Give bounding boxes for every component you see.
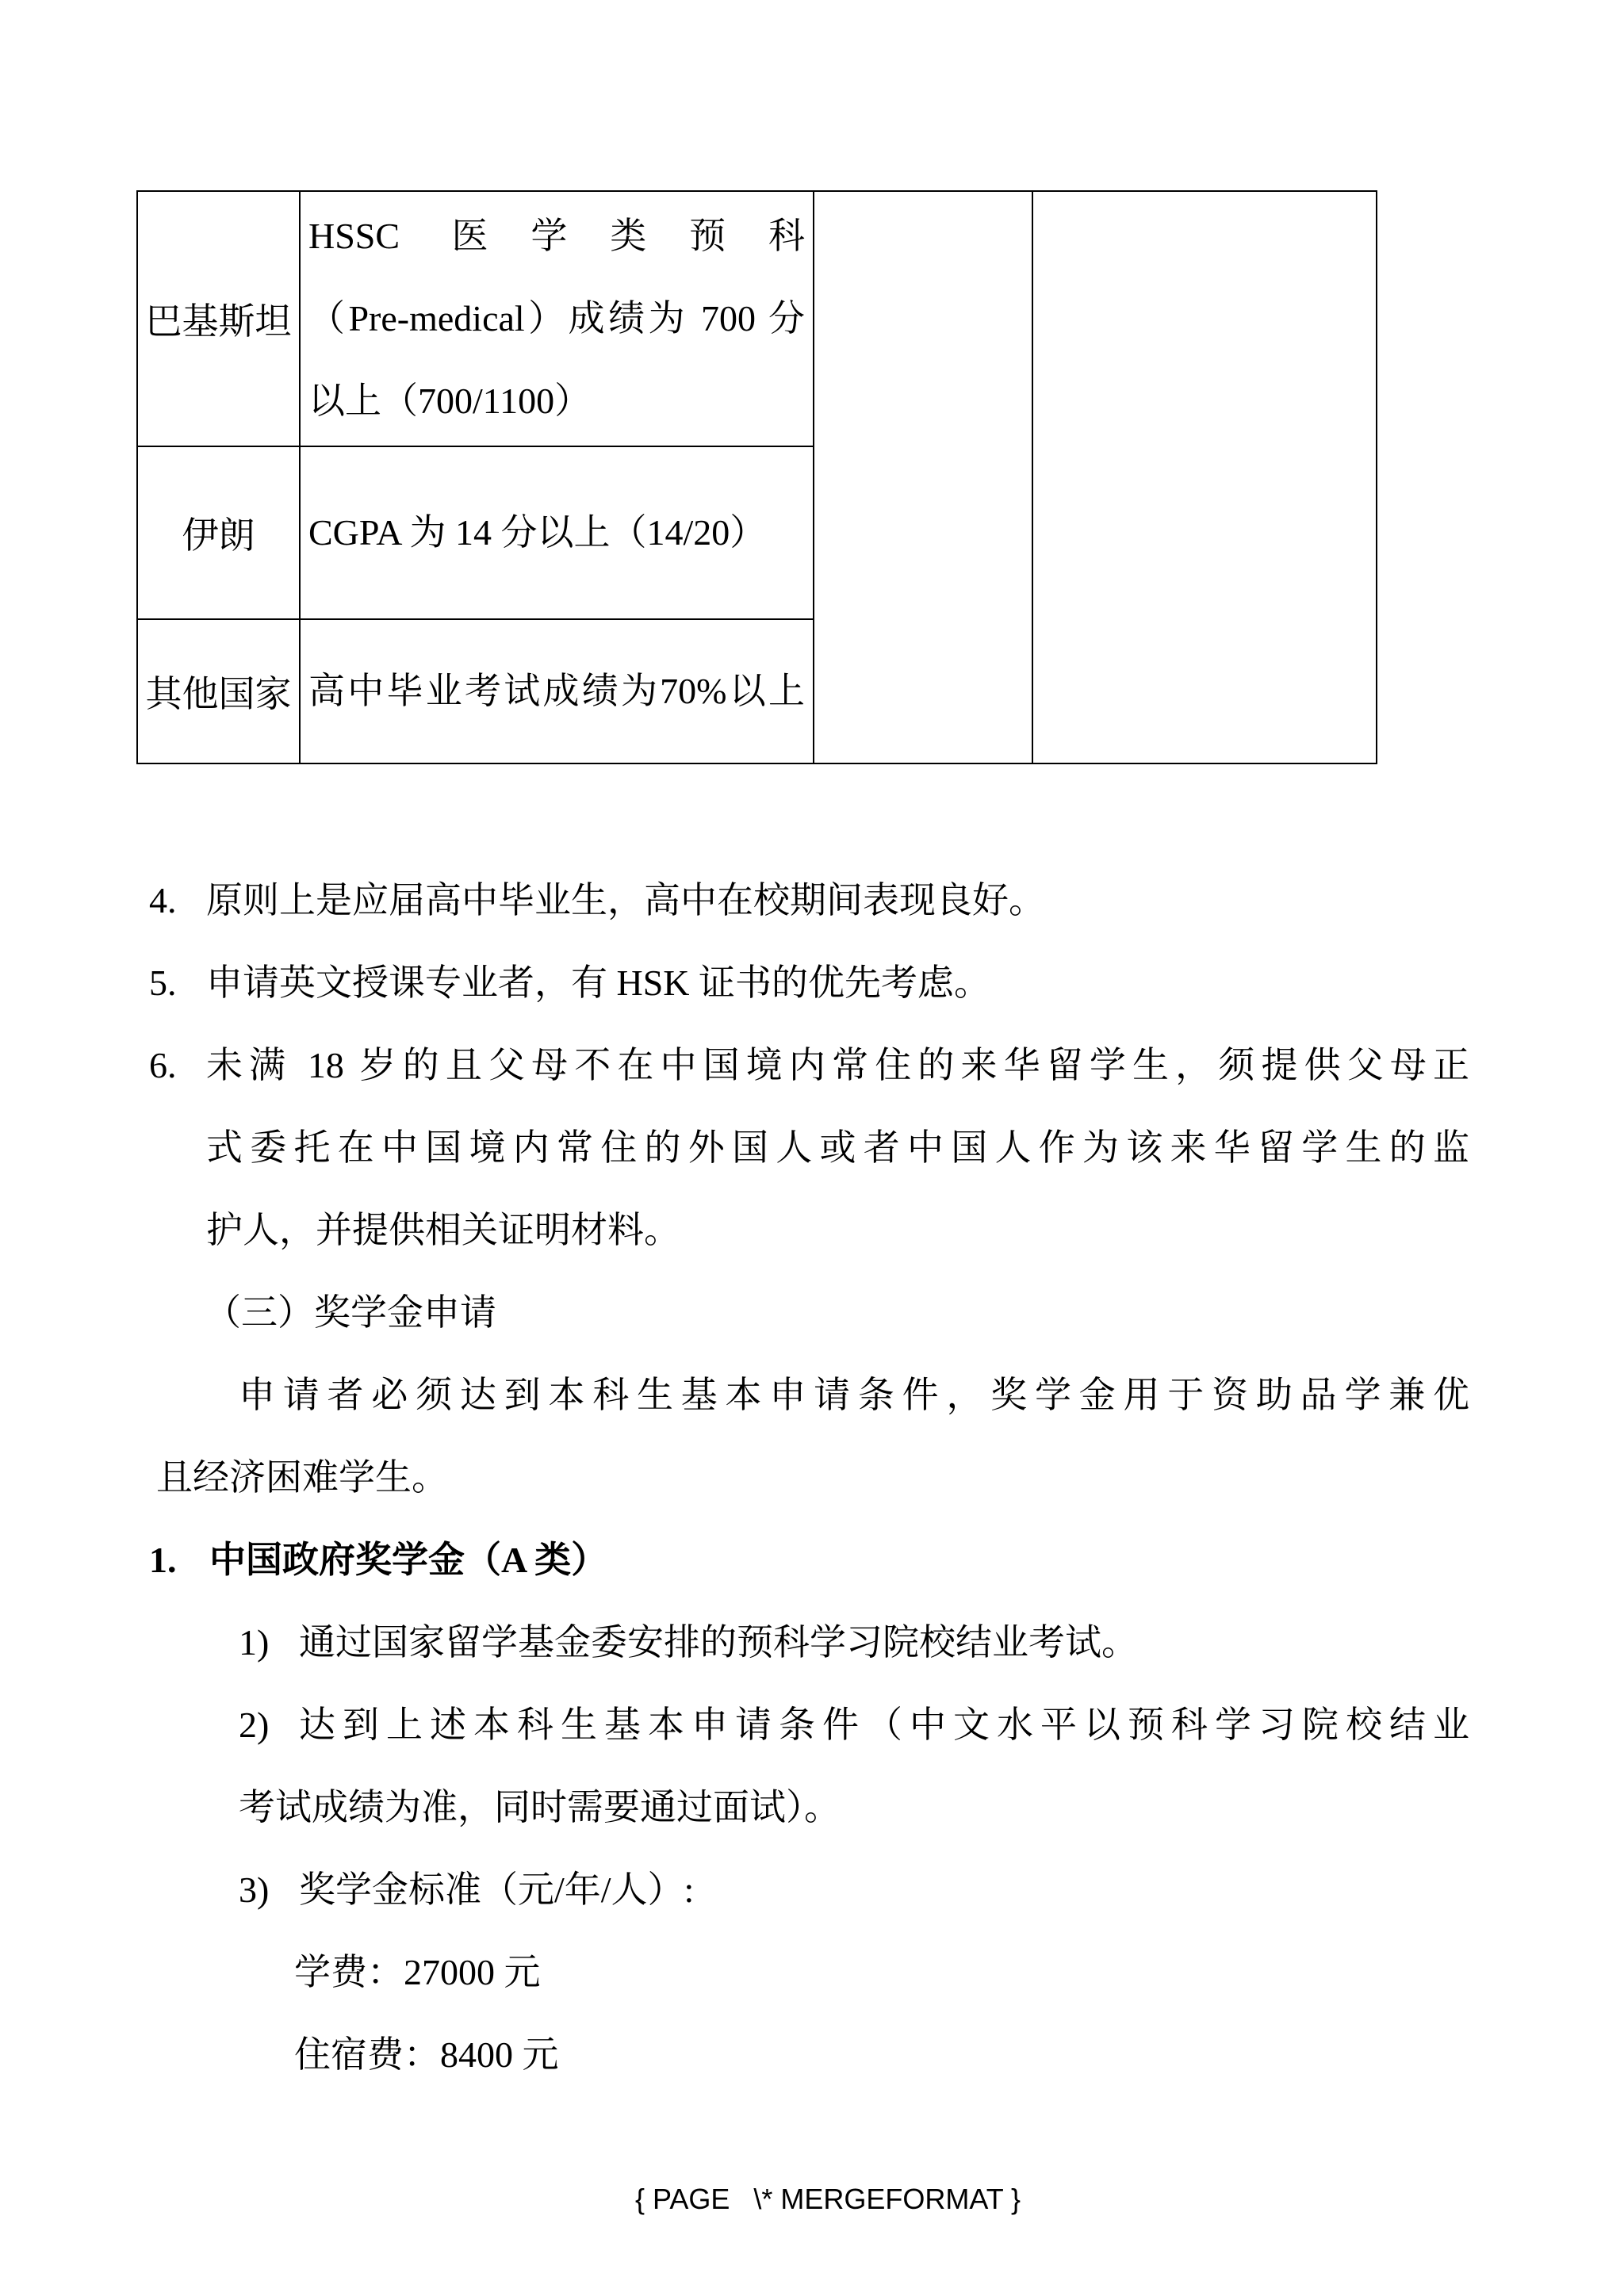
text-line: 式委托在中国境内常住的外国人或者中国人作为该来华留学生的监 [0, 1107, 1624, 1189]
list-marker: 3) [239, 1849, 269, 1931]
text-line: 6.未满 18 岁的且父母不在中国境内常住的来华留学生，须提供父母正 [0, 1024, 1624, 1107]
line-text: 考试成绩为准，同时需要通过面试）。 [239, 1766, 841, 1849]
text-line: 4.原则上是应届高中毕业生，高中在校期间表现良好。 [0, 859, 1624, 942]
table-cell-requirement: 高中毕业考试成绩为70%以上 [301, 620, 814, 763]
table-cell-country: 伊朗 [138, 447, 301, 620]
list-marker: 1) [239, 1601, 269, 1684]
requirements-table: 巴基斯坦HSSC 医学类预科（Pre-medical）成绩为 700 分以上（7… [136, 190, 1377, 764]
table-cell-empty [814, 192, 1033, 763]
line-text: 奖学金标准（元/年/人）: [299, 1849, 694, 1931]
table-cell-country: 巴基斯坦 [138, 192, 301, 447]
table-cell-requirement: HSSC 医学类预科（Pre-medical）成绩为 700 分以上（700/1… [301, 192, 814, 447]
country-name: 伊朗 [182, 507, 255, 559]
text-line: 学费：27000 元 [0, 1931, 1624, 2014]
requirement-line: HSSC 医学类预科 [308, 195, 805, 277]
text-line: 2)达到上述本科生基本申请条件（中文水平以预科学习院校结业 [0, 1684, 1624, 1766]
text-line: （三）奖学金申请 [0, 1272, 1624, 1354]
line-text: 原则上是应届高中毕业生，高中在校期间表现良好。 [206, 859, 1045, 942]
country-name: 其他国家 [146, 665, 292, 717]
table-cell-empty [1033, 192, 1376, 763]
requirement-line: 高中毕业考试成绩为70%以上 [308, 650, 805, 733]
line-text: 且经济困难学生。 [156, 1437, 448, 1519]
table-cell-requirement: CGPA 为 14 分以上（14/20） [301, 447, 814, 620]
text-line: 申请者必须达到本科生基本申请条件，奖学金用于资助品学兼优 [0, 1354, 1624, 1437]
line-text: 达到上述本科生基本申请条件（中文水平以预科学习院校结业 [299, 1684, 1469, 1766]
text-line: 护人，并提供相关证明材料。 [0, 1189, 1624, 1272]
requirement-line: （Pre-medical）成绩为 700 分 [308, 277, 805, 360]
text-line: 1)通过国家留学基金委安排的预科学习院校结业考试。 [0, 1601, 1624, 1684]
requirement-line: CGPA 为 14 分以上（14/20） [308, 492, 805, 574]
line-text: 申请者必须达到本科生基本申请条件，奖学金用于资助品学兼优 [239, 1354, 1469, 1437]
body-text: 4.原则上是应届高中毕业生，高中在校期间表现良好。5.申请英文授课专业者，有 H… [0, 859, 1624, 2096]
list-marker: 4. [149, 859, 177, 942]
line-text: 学费：27000 元 [294, 1931, 541, 2014]
line-text: 式委托在中国境内常住的外国人或者中国人作为该来华留学生的监 [206, 1107, 1469, 1189]
requirement-line: 以上（700/1100） [308, 360, 805, 442]
list-marker: 1. [149, 1519, 177, 1601]
text-line: 住宿费：8400 元 [0, 2014, 1624, 2096]
footer-text: { PAGE \* MERGEFORMAT } [635, 2183, 1021, 2215]
line-text: 通过国家留学基金委安排的预科学习院校结业考试。 [299, 1601, 1138, 1684]
text-line: 且经济困难学生。 [0, 1437, 1624, 1519]
country-name: 巴基斯坦 [146, 293, 292, 345]
line-text: 住宿费：8400 元 [294, 2014, 559, 2096]
page-footer-field: { PAGE \* MERGEFORMAT } [0, 2123, 1624, 2174]
document-page: 巴基斯坦HSSC 医学类预科（Pre-medical）成绩为 700 分以上（7… [0, 0, 1624, 2296]
line-text: 未满 18 岁的且父母不在中国境内常住的来华留学生，须提供父母正 [206, 1024, 1469, 1107]
list-marker: 2) [239, 1684, 269, 1766]
line-text: 申请英文授课专业者，有 HSK 证书的优先考虑。 [206, 942, 990, 1024]
line-text: 护人，并提供相关证明材料。 [206, 1189, 680, 1272]
text-line: 5.申请英文授课专业者，有 HSK 证书的优先考虑。 [0, 942, 1624, 1024]
list-marker: 5. [149, 942, 177, 1024]
text-line: 1.中国政府奖学金（A 类） [0, 1519, 1624, 1601]
text-line: 考试成绩为准，同时需要通过面试）。 [0, 1766, 1624, 1849]
text-line: 3)奖学金标准（元/年/人）: [0, 1849, 1624, 1931]
line-text: （三）奖学金申请 [205, 1272, 496, 1354]
table-cell-country: 其他国家 [138, 620, 301, 763]
list-marker: 6. [149, 1024, 177, 1107]
line-text: 中国政府奖学金（A 类） [209, 1519, 607, 1601]
